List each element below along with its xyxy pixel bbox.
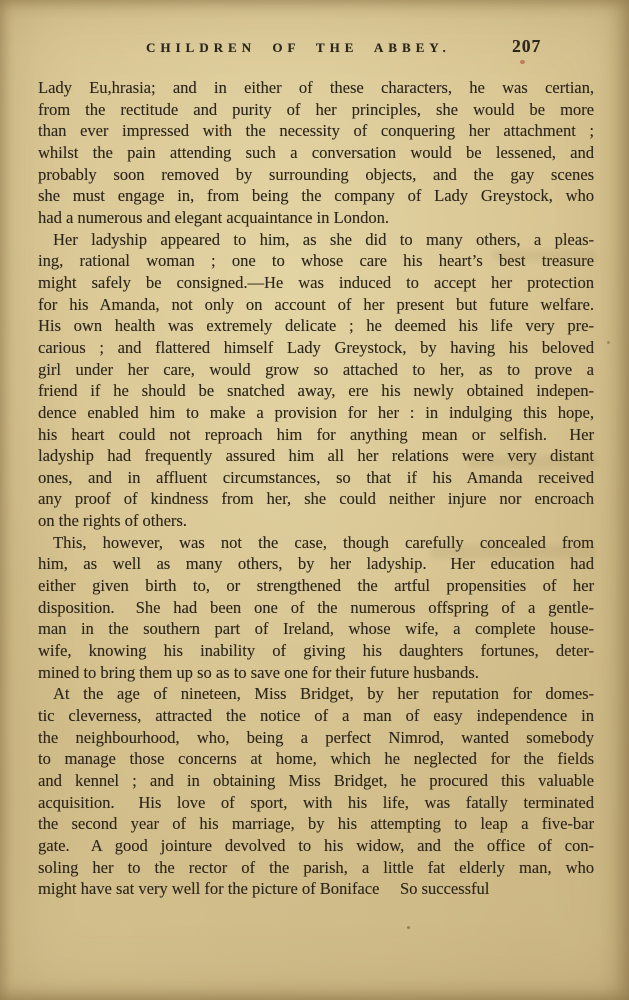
text-line: acquisition. His love of sport, with his… (38, 792, 594, 814)
text-line: either given birth to, or strengthened t… (38, 575, 594, 597)
text-line: mined to bring them up so as to save one… (38, 662, 594, 684)
show-through-smudge (492, 250, 596, 261)
text-line: the neighbourhood, who, being a perfect … (38, 727, 594, 749)
text-line: his heart could not reproach him for any… (38, 424, 594, 446)
text-line: than ever impressed with the necessity o… (38, 120, 594, 142)
text-line: Lady Eu,hrasia; and in either of these c… (38, 77, 594, 99)
text-line: she must engage in, from being the compa… (38, 185, 594, 207)
text-line: soling her to the rector of the parish, … (38, 857, 594, 879)
show-through-smudge (430, 545, 596, 558)
book-page: CHILDREN OF THE ABBEY. 207 Lady Eu,hrasi… (0, 0, 629, 1000)
running-title: CHILDREN OF THE ABBEY. (146, 40, 451, 56)
text-line: had a numerous and elegant acquaintance … (38, 207, 594, 229)
text-line: the second year of his marriage, by his … (38, 813, 594, 835)
paragraph-1: Lady Eu,hrasia; and in either of these c… (38, 77, 594, 229)
text-line: whilst the pain attending such a convers… (38, 142, 594, 164)
text-line: girl under her care, would grow so attac… (38, 359, 594, 381)
paragraph-2: Her ladyship appeared to him, as she did… (38, 229, 594, 532)
text-line: on the rights of others. (38, 510, 594, 532)
show-through-smudge (468, 456, 598, 468)
text-line: probably soon removed by surrounding obj… (38, 164, 594, 186)
ink-stain-speck (607, 341, 610, 344)
page-header: CHILDREN OF THE ABBEY. 207 (0, 36, 629, 60)
text-line: man in the southern part of Ireland, who… (38, 618, 594, 640)
text-line: for his Amanda, not only on account of h… (38, 294, 594, 316)
paragraph-4: At the age of nineteen, Miss Bridget, by… (38, 683, 594, 900)
text-line: tic cleverness, attracted the notice of … (38, 705, 594, 727)
text-line: friend if he should be snatched away, er… (38, 380, 594, 402)
text-line: dence enabled him to make a provision fo… (38, 402, 594, 424)
text-line: ones, and in affluent circumstances, so … (38, 467, 594, 489)
text-line: disposition. She had been one of the num… (38, 597, 594, 619)
text-line: wife, knowing his inability of giving hi… (38, 640, 594, 662)
text-line: might have sat very well for the picture… (38, 878, 594, 900)
text-line: from the rectitude and purity of her pri… (38, 99, 594, 121)
ink-stain-speck (520, 60, 525, 64)
ink-stain-speck (407, 926, 410, 929)
text-line: Her ladyship appeared to him, as she did… (38, 229, 594, 251)
text-line: to manage those concerns at home, which … (38, 748, 594, 770)
text-line: might safely be consigned.—He was induce… (38, 272, 594, 294)
text-line: any proof of kindness from her, she coul… (38, 488, 594, 510)
body-text: Lady Eu,hrasia; and in either of these c… (38, 77, 594, 900)
page-number: 207 (512, 36, 541, 57)
ink-stain-speck (219, 129, 223, 133)
text-line: His own health was extremely delicate ; … (38, 315, 594, 337)
text-line: and kennel ; and in obtaining Miss Bridg… (38, 770, 594, 792)
text-line: carious ; and flattered himself Lady Gre… (38, 337, 594, 359)
text-line: At the age of nineteen, Miss Bridget, by… (38, 683, 594, 705)
text-line: gate. A good jointure devolved to his wi… (38, 835, 594, 857)
